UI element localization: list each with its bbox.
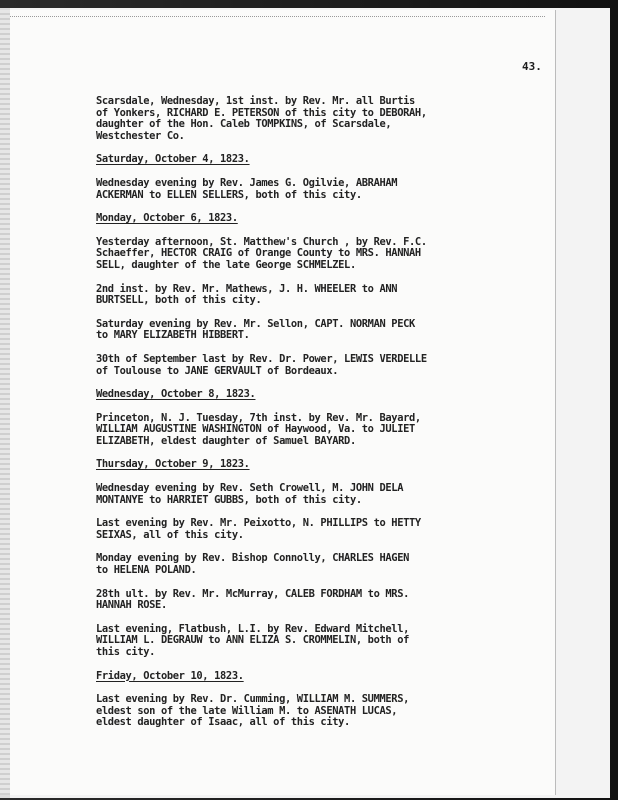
marriage-entry: Scarsdale, Wednesday, 1st inst. by Rev. …: [96, 96, 536, 142]
marriage-entry: Last evening by Rev. Dr. Cumming, WILLIA…: [96, 694, 536, 729]
marriage-entry: 30th of September last by Rev. Dr. Power…: [96, 354, 536, 377]
marriage-entry: Saturday evening by Rev. Mr. Sellon, CAP…: [96, 319, 536, 342]
date-heading: Thursday, October 9, 1823.: [96, 459, 536, 471]
marriage-entry: Yesterday afternoon, St. Matthew's Churc…: [96, 237, 536, 272]
marriage-entry: 28th ult. by Rev. Mr. McMurray, CALEB FO…: [96, 589, 536, 612]
date-heading: Saturday, October 4, 1823.: [96, 154, 536, 166]
marriage-entry: 2nd inst. by Rev. Mr. Mathews, J. H. WHE…: [96, 284, 536, 307]
marriage-entry: Wednesday evening by Rev. James G. Ogilv…: [96, 178, 536, 201]
section: Monday, October 6, 1823. Yesterday after…: [96, 213, 536, 377]
marriage-entry: Last evening by Rev. Mr. Peixotto, N. PH…: [96, 518, 536, 541]
page-edge: [0, 10, 10, 795]
section: Saturday, October 4, 1823. Wednesday eve…: [96, 154, 536, 201]
date-heading: Monday, October 6, 1823.: [96, 213, 536, 225]
marriage-entry: Monday evening by Rev. Bishop Connolly, …: [96, 553, 536, 576]
marriage-entry: Last evening, Flatbush, L.I. by Rev. Edw…: [96, 624, 536, 659]
date-heading: Wednesday, October 8, 1823.: [96, 389, 536, 401]
section: Scarsdale, Wednesday, 1st inst. by Rev. …: [96, 96, 536, 142]
section: Friday, October 10, 1823. Last evening b…: [96, 671, 536, 729]
section: Wednesday, October 8, 1823. Princeton, N…: [96, 389, 536, 447]
page-number: 43.: [522, 60, 542, 73]
section: Thursday, October 9, 1823. Wednesday eve…: [96, 459, 536, 658]
date-heading: Friday, October 10, 1823.: [96, 671, 536, 683]
marriage-entry: Princeton, N. J. Tuesday, 7th inst. by R…: [96, 413, 536, 448]
document-body: Scarsdale, Wednesday, 1st inst. by Rev. …: [96, 96, 536, 741]
marriage-entry: Wednesday evening by Rev. Seth Crowell, …: [96, 483, 536, 506]
